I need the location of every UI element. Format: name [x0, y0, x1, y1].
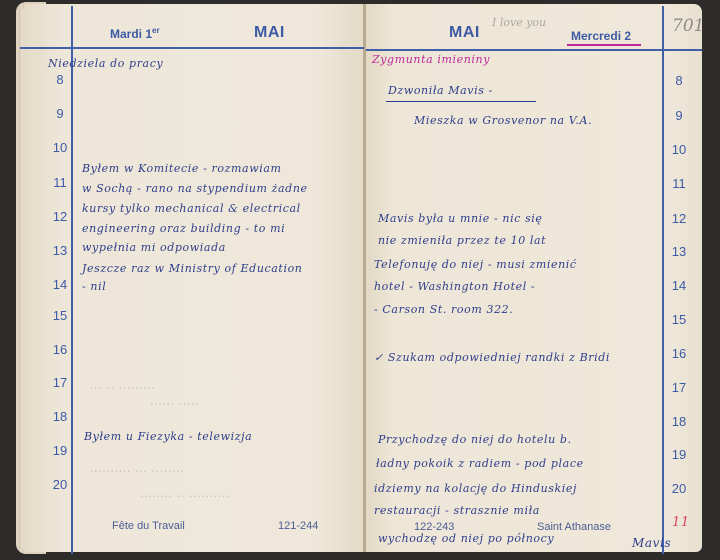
right-hour-20: 20 [666, 481, 692, 496]
right-hour-19: 19 [666, 447, 692, 462]
right-entry-line: ładny pokoik z radiem - pod place [376, 457, 584, 470]
right-hour-12: 12 [666, 211, 692, 226]
right-entry-line: nie zmieniła przez te 10 lat [378, 234, 546, 247]
left-entry-line: wypełnia mi odpowiada [82, 241, 226, 254]
right-hour-11: 11 [666, 176, 692, 191]
left-page [22, 4, 366, 552]
right-hour-15: 15 [666, 312, 692, 327]
right-hour-9: 9 [666, 108, 692, 123]
right-hour-10: 10 [666, 142, 692, 157]
right-hour-red-note: 11 [672, 515, 690, 530]
left-hour-16: 16 [47, 342, 73, 357]
left-hour-20: 20 [47, 477, 73, 492]
right-entry-line: Przychodzę do niej do hotelu b. [378, 433, 572, 446]
right-entry-line: hotel - Washington Hotel - [374, 280, 535, 293]
left-entry-line: Niedziela do pracy [48, 57, 163, 70]
left-hour-9: 9 [47, 106, 73, 121]
left-day-text: Mardi 1 [110, 27, 152, 41]
bleed-through-text: ·········· ··· ········ [90, 465, 184, 478]
left-entry-line: Jeszcze raz w Ministry of Education [82, 262, 302, 275]
signature: Mavis [632, 536, 671, 550]
left-entry-line: - nil [82, 280, 106, 293]
left-hour-14: 14 [47, 277, 73, 292]
right-entry-line: Telefonuję do niej - musi zmienić [374, 258, 577, 271]
left-hour-11: 11 [47, 175, 73, 190]
left-footer-feast: Fête du Travail [112, 520, 185, 532]
left-hour-8: 8 [47, 72, 73, 87]
right-hour-8: 8 [666, 73, 692, 88]
left-hour-18: 18 [47, 409, 73, 424]
left-hour-17: 17 [47, 375, 73, 390]
right-entry-line: Dzwoniła Mavis - [388, 84, 493, 97]
right-entry-line: - Carson St. room 322. [374, 303, 513, 316]
right-entry-line: Mieszka w Grosvenor na V.A. [414, 114, 592, 127]
scanned-diary-spread: Mardi 1er MAI MAI Mercredi 2 701 I love … [0, 0, 720, 560]
left-entry-line: engineering oraz building - to mi [82, 222, 285, 235]
bleed-through-text: ······ ····· [150, 398, 199, 411]
right-entry-line: idziemy na kolację do Hinduskiej [374, 482, 577, 495]
left-entry-line: kursy tylko mechanical & electrical [82, 202, 301, 215]
right-entry-underline [386, 101, 536, 102]
right-hour-13: 13 [666, 244, 692, 259]
bleed-through-text: ········ ·· ·········· [140, 490, 230, 503]
right-hour-16: 16 [666, 346, 692, 361]
left-entry-line: Byłem u Fiezyka - telewizja [84, 430, 252, 443]
left-header-rule [20, 47, 364, 49]
right-day-underline [567, 44, 641, 46]
right-month-label: MAI [449, 24, 480, 42]
right-header-rule [366, 49, 702, 51]
right-entry-line: restauracji - strasznie miła [374, 504, 540, 517]
right-entry-line: Mavis była u mnie - nic się [378, 212, 543, 225]
left-month-label: MAI [254, 24, 285, 42]
left-hour-13: 13 [47, 243, 73, 258]
left-hour-15: 15 [47, 308, 73, 323]
pencil-page-number: 701 [672, 16, 704, 36]
left-hour-10: 10 [47, 140, 73, 155]
right-entry-line: wychodzę od niej po północy [378, 532, 554, 545]
right-entry-line: ✓ Szukam odpowiedniej randki z Bridi [374, 351, 610, 364]
right-entry-pink: Zygmunta imieniny [372, 53, 490, 66]
right-day-label: Mercredi 2 [571, 29, 631, 43]
pencil-note: I love you [492, 16, 546, 29]
left-footer-day-count: 121-244 [278, 520, 318, 532]
left-day-suffix: er [152, 26, 160, 35]
left-hour-19: 19 [47, 443, 73, 458]
left-entry-line: w Sochą - rano na stypendium żadne [82, 182, 308, 195]
right-hour-17: 17 [666, 380, 692, 395]
left-entry-line: Byłem w Komitecie - rozmawiam [82, 162, 282, 175]
bleed-through-text: ··· ·· ········· [90, 382, 156, 395]
right-hour-18: 18 [666, 414, 692, 429]
right-hour-column-rule [662, 6, 664, 554]
left-day-label: Mardi 1er [110, 26, 160, 41]
right-hour-14: 14 [666, 278, 692, 293]
left-hour-12: 12 [47, 209, 73, 224]
